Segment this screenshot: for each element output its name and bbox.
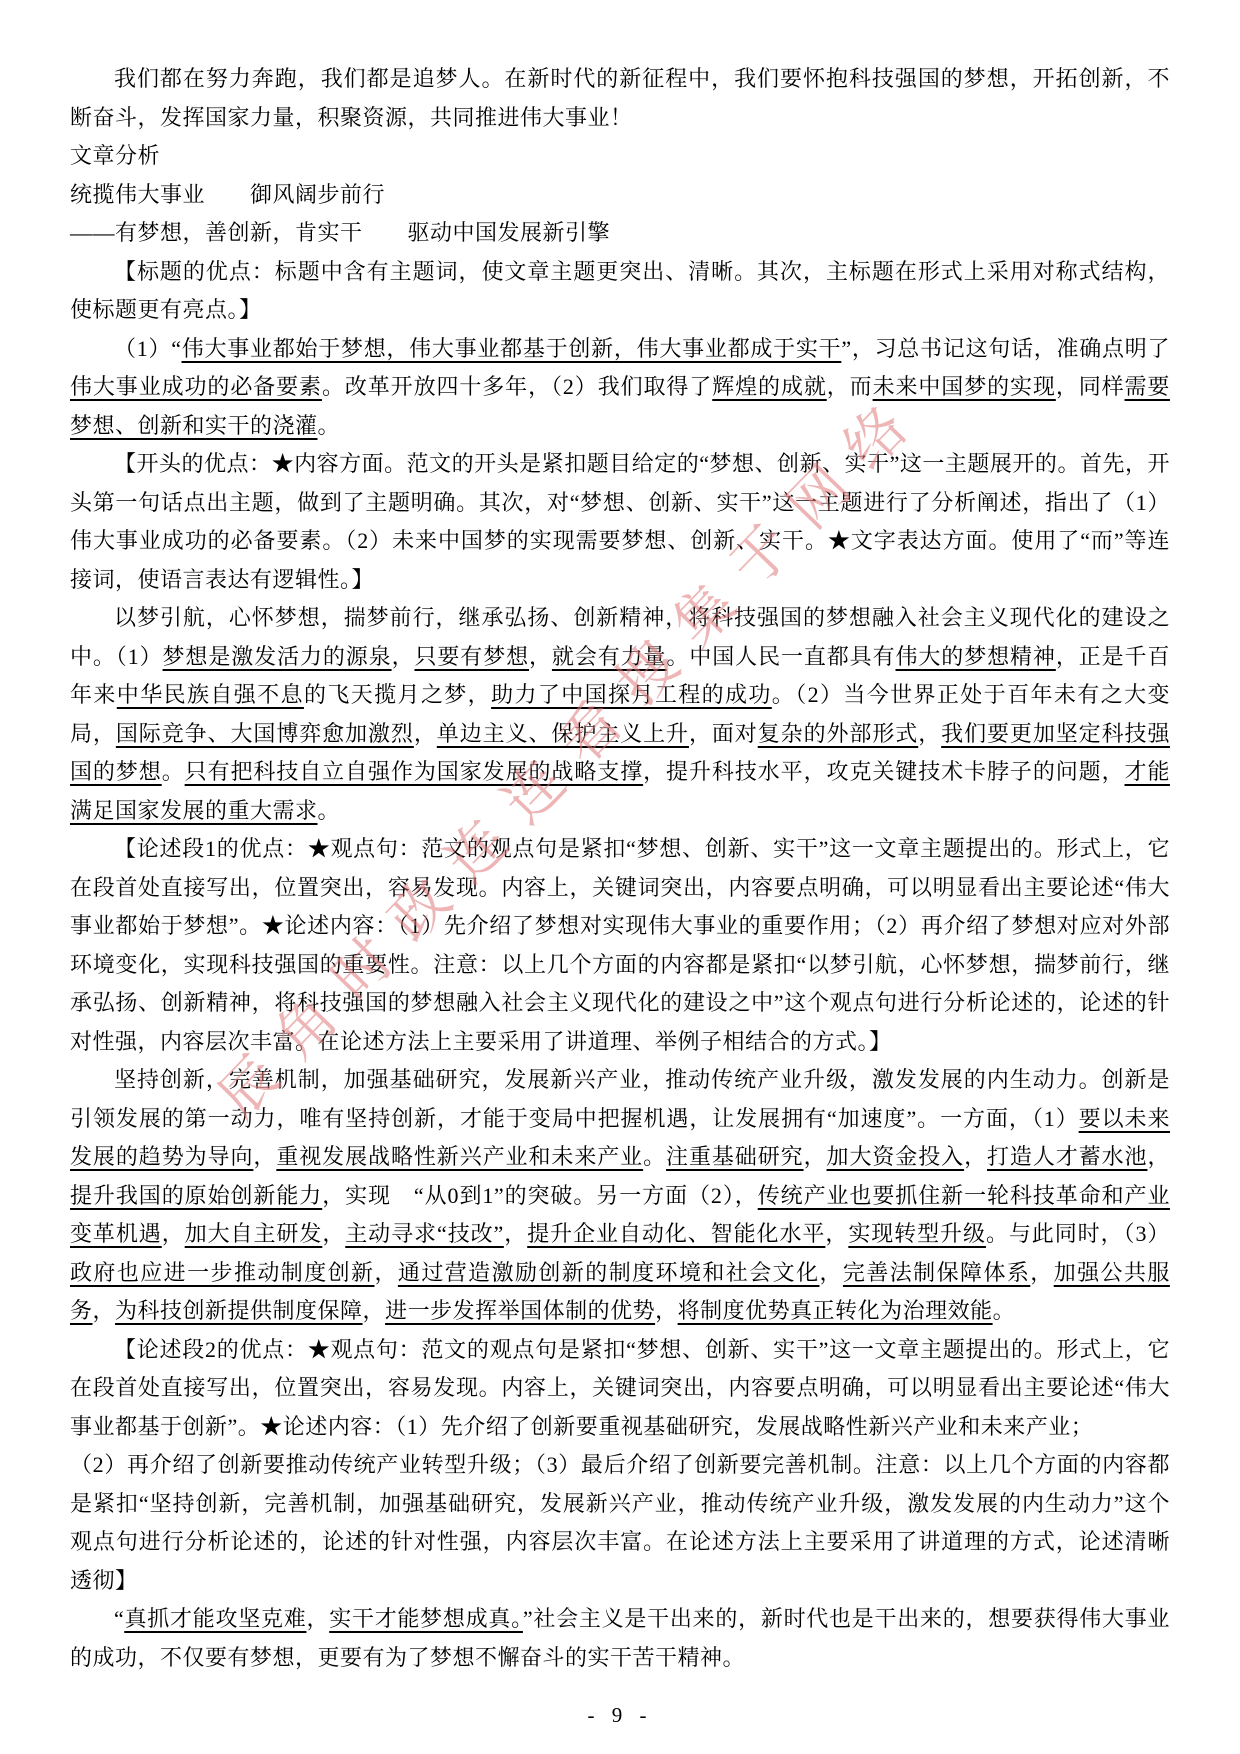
- text-run: 统揽伟大事业 御风阔步前行: [70, 182, 385, 207]
- paragraph: 文章分析: [70, 137, 1170, 176]
- underlined-text: 主动寻求“技改”: [345, 1221, 504, 1246]
- underlined-text: 为科技创新提供制度保障: [115, 1298, 363, 1323]
- text-run: 。: [993, 1298, 1016, 1323]
- paragraph: 【论述段2的优点：★观点句：范文的观点句是紧扣“梦想、创新、实干”这一文章主题提…: [70, 1331, 1170, 1601]
- text-run: （1）“: [114, 336, 182, 361]
- text-run: ，实现 “从0到1”的突破。另一方面（2），: [322, 1183, 758, 1208]
- underlined-text: 伟大事业都始于梦想，伟大事业都基于创新，伟大事业都成于实干: [182, 336, 842, 361]
- text-run: ，: [825, 1221, 848, 1246]
- text-run: 。: [162, 759, 185, 784]
- text-run: ，: [964, 1144, 987, 1169]
- underlined-text: 政府也应进一步推动制度创新: [70, 1260, 374, 1285]
- underlined-text: 就会有力量: [552, 644, 667, 669]
- text-run: ，: [529, 644, 552, 669]
- underlined-text: 只有把科技自立自强作为国家发展的战略支撑: [185, 759, 643, 784]
- text-run: ，而: [827, 374, 873, 399]
- underlined-text: 将制度优势真正转化为治理效能: [678, 1298, 993, 1323]
- underlined-text: 加大资金投入: [827, 1144, 965, 1169]
- text-run: 【标题的优点：标题中含有主题词，使文章主题更突出、清晰。其次，主标题在形式上采用…: [70, 259, 1170, 323]
- underlined-text: 未来中国梦的实现: [873, 374, 1056, 399]
- paragraph: 我们都在努力奔跑，我们都是追梦人。在新时代的新征程中，我们要怀抱科技强国的梦想，…: [70, 60, 1170, 137]
- underlined-text: 打造人才蓄水池: [987, 1144, 1147, 1169]
- paragraph: 坚持创新，完善机制，加强基础研究，发展新兴产业，推动传统产业升级，激发发展的内生…: [70, 1061, 1170, 1331]
- paragraph: “真抓才能攻坚克难，实干才能梦想成真。”社会主义是干出来的，新时代也是干出来的，…: [70, 1600, 1170, 1677]
- text-run: ，: [253, 1144, 276, 1169]
- text-run: ，: [504, 1221, 527, 1246]
- text-run: ，: [918, 721, 941, 746]
- text-run: ，: [322, 1221, 345, 1246]
- paragraph: 【标题的优点：标题中含有主题词，使文章主题更突出、清晰。其次，主标题在形式上采用…: [70, 253, 1170, 330]
- text-run: ，: [1147, 1144, 1170, 1169]
- paragraph: ——有梦想，善创新，肯实干 驱动中国发展新引擎: [70, 214, 1170, 253]
- text-run: 。: [318, 798, 341, 823]
- underlined-text: 梦想是激发活力的源泉: [163, 644, 392, 669]
- underlined-text: 伟大的梦想精神: [896, 644, 1056, 669]
- text-run: ，: [820, 1260, 843, 1285]
- text-run: 。与此同时，（3）: [986, 1221, 1170, 1246]
- underlined-text: 国际竞争、大国博弈愈加激烈: [116, 721, 414, 746]
- text-run: ，: [363, 1298, 386, 1323]
- text-run: 文章分析: [70, 143, 160, 168]
- underlined-text: 实干才能梦想成真。: [329, 1606, 523, 1631]
- paragraph: 统揽伟大事业 御风阔步前行: [70, 176, 1170, 215]
- underlined-text: 重视发展战略性新兴产业和未来产业: [276, 1144, 643, 1169]
- text-run: ，提升科技水平，攻克关键技术卡脖子的问题，: [643, 759, 1124, 784]
- underlined-text: 实现转型升级: [848, 1221, 986, 1246]
- paragraph: 以梦引航，心怀梦想，揣梦前行，继承弘扬、创新精神，将科技强国的梦想融入社会主义现…: [70, 599, 1170, 830]
- text-run: 。: [643, 1144, 666, 1169]
- text-run: 【论述段1的优点：★观点句：范文的观点句是紧扣“梦想、创新、实干”这一文章主题提…: [70, 836, 1170, 1054]
- underlined-text: 注重基础研究: [666, 1144, 804, 1169]
- document-page: 辰角时政连连看搜集于网络 我们都在努力奔跑，我们都是追梦人。在新时代的新征程中，…: [0, 0, 1240, 1754]
- underlined-text: 伟大事业成功的必备要素: [70, 374, 322, 399]
- page-number: - 9 -: [0, 1703, 1240, 1728]
- text-run: ，: [1030, 1260, 1053, 1285]
- paragraph: 【开头的优点：★内容方面。范文的开头是紧扣题目给定的“梦想、创新、实干”这一主题…: [70, 445, 1170, 599]
- text-run: “: [114, 1606, 124, 1631]
- text-run: ，: [655, 1298, 678, 1323]
- underlined-text: 真抓才能攻坚克难: [124, 1606, 306, 1631]
- underlined-text: 只要有梦想: [414, 644, 529, 669]
- text-run: 【论述段2的优点：★观点句：范文的观点句是紧扣“梦想、创新、实干”这一文章主题提…: [70, 1337, 1170, 1439]
- underlined-text: 提升企业自动化、智能化水平: [527, 1221, 825, 1246]
- text-run: （2）再介绍了创新要推动传统产业转型升级；（3）最后介绍了创新要完善机制。注意：…: [70, 1452, 1170, 1593]
- text-run: ——有梦想，善创新，肯实干 驱动中国发展新引擎: [70, 220, 610, 245]
- text-run: 坚持创新，完善机制，加强基础研究，发展新兴产业，推动传统产业升级，激发发展的内生…: [70, 1067, 1170, 1131]
- text-run: ，: [374, 1260, 397, 1285]
- text-run: ，: [392, 644, 415, 669]
- underlined-text: 完善法制保障体系: [843, 1260, 1030, 1285]
- text-run: 。: [318, 413, 341, 438]
- text-run: ，: [306, 1606, 329, 1631]
- text-run: ”，习总书记这句话，准确点明了: [841, 336, 1170, 361]
- text-run: ，: [162, 1221, 185, 1246]
- text-run: ，: [414, 721, 437, 746]
- paragraph: 【论述段1的优点：★观点句：范文的观点句是紧扣“梦想、创新、实干”这一文章主题提…: [70, 830, 1170, 1061]
- text-run: 【开头的优点：★内容方面。范文的开头是紧扣题目给定的“梦想、创新、实干”这一主题…: [70, 451, 1170, 592]
- underlined-text: 中华民族自强不息: [117, 682, 304, 707]
- paragraph: （1）“伟大事业都始于梦想，伟大事业都基于创新，伟大事业都成于实干”，习总书记这…: [70, 330, 1170, 446]
- underlined-text: 单边主义、保护主义上升: [437, 721, 689, 746]
- text-run: 。改革开放四十多年，（2）我们取得了: [322, 374, 712, 399]
- text-run: ，面对: [689, 721, 758, 746]
- underlined-text: 通过营造激励创新的制度环境和社会文化: [398, 1260, 820, 1285]
- content: 我们都在努力奔跑，我们都是追梦人。在新时代的新征程中，我们要怀抱科技强国的梦想，…: [70, 60, 1170, 1677]
- underlined-text: 辉煌的成就: [712, 374, 827, 399]
- text-run: 我们都在努力奔跑，我们都是追梦人。在新时代的新征程中，我们要怀抱科技强国的梦想，…: [70, 66, 1170, 130]
- text-run: ，: [804, 1144, 827, 1169]
- text-run: ，: [93, 1298, 116, 1323]
- text-run: 的飞天揽月之梦，: [304, 682, 491, 707]
- underlined-text: 复杂的外部形式: [758, 721, 918, 746]
- underlined-text: 加大自主研发: [185, 1221, 323, 1246]
- underlined-text: 提升我国的原始创新能力: [70, 1183, 322, 1208]
- text-run: 。中国人民一直都具有: [666, 644, 895, 669]
- underlined-text: 助力了中国探月工程的成功: [491, 682, 772, 707]
- text-run: ，同样: [1056, 374, 1125, 399]
- underlined-text: 进一步发挥举国体制的优势: [385, 1298, 655, 1323]
